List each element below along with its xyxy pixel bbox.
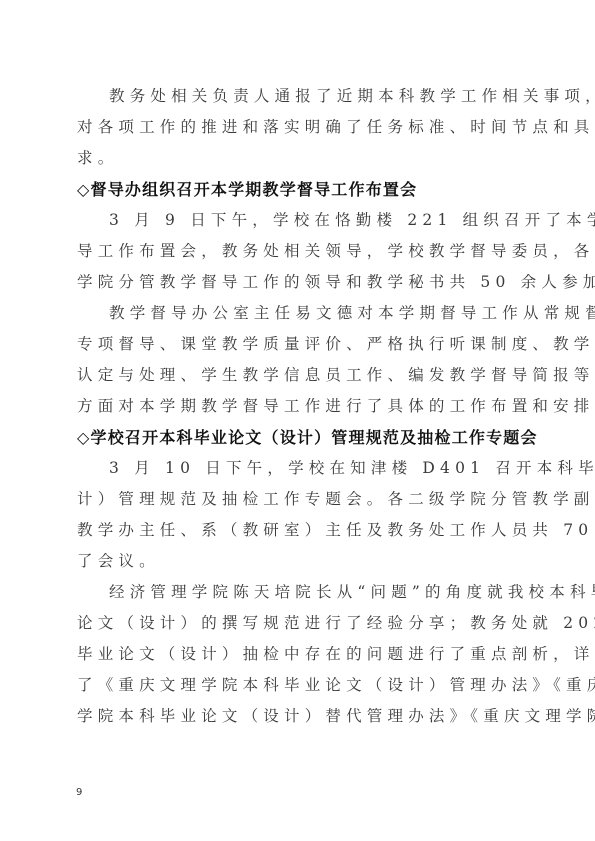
paragraph-line: 学院本科毕业论文（设计）替代管理办法》《重庆文理学院本科 <box>77 701 519 732</box>
paragraph-line: 教务处相关负责人通报了近期本科教学工作相关事项，并 <box>77 81 519 112</box>
paragraph-line: 对各项工作的推进和落实明确了任务标准、时间节点和具体要 <box>77 112 519 143</box>
paragraph-line: 认定与处理、学生教学信息员工作、编发教学督导简报等几个 <box>77 360 519 391</box>
paragraph-staff-briefing: 教务处相关负责人通报了近期本科教学工作相关事项，并 对各项工作的推进和落实明确了… <box>77 81 519 174</box>
paragraph-line: 了《重庆文理学院本科毕业论文（设计）管理办法》《重庆文理 <box>77 670 519 701</box>
paragraph-thesis-meeting-intro: 3 月 10 日下午，学校在知津楼 D401 召开本科毕业论文（设 计）管理规范… <box>77 453 519 577</box>
paragraph-line: 3 月 10 日下午，学校在知津楼 D401 召开本科毕业论文（设 <box>77 453 519 484</box>
paragraph-line: 计）管理规范及抽检工作专题会。各二级学院分管教学副院长、 <box>77 484 519 515</box>
paragraph-supervision-arrangements: 教学督导办公室主任易文德对本学期督导工作从常规督导、 专项督导、课堂教学质量评价… <box>77 298 519 422</box>
document-page: 教务处相关负责人通报了近期本科教学工作相关事项，并 对各项工作的推进和落实明确了… <box>0 0 595 841</box>
document-body: 教务处相关负责人通报了近期本科教学工作相关事项，并 对各项工作的推进和落实明确了… <box>77 81 519 732</box>
paragraph-line: 3 月 9 日下午，学校在恪勤楼 221 组织召开了本学期教学督 <box>77 205 519 236</box>
section-heading-thesis-meeting: ◇学校召开本科毕业论文（设计）管理规范及抽检工作专题会 <box>77 422 519 453</box>
paragraph-line: 教学督导办公室主任易文德对本学期督导工作从常规督导、 <box>77 298 519 329</box>
paragraph-line: 经济管理学院陈天培院长从“问题”的角度就我校本科毕业 <box>77 577 519 608</box>
paragraph-line: 导工作布置会，教务处相关领导，学校教学督导委员，各二级 <box>77 236 519 267</box>
paragraph-line: 专项督导、课堂教学质量评价、严格执行听课制度、教学事故 <box>77 329 519 360</box>
paragraph-line: 教学办主任、系（教研室）主任及教务处工作人员共 70 余人参加 <box>77 515 519 546</box>
paragraph-thesis-experience-sharing: 经济管理学院陈天培院长从“问题”的角度就我校本科毕业 论文（设计）的撰写规范进行… <box>77 577 519 732</box>
paragraph-line: 方面对本学期教学督导工作进行了具体的工作布置和安排。 <box>77 391 519 422</box>
section-heading-supervision-meeting: ◇督导办组织召开本学期教学督导工作布置会 <box>77 174 519 205</box>
paragraph-line: 毕业论文（设计）抽检中存在的问题进行了重点剖析，详细解读 <box>77 639 519 670</box>
page-number: 9 <box>76 787 82 798</box>
paragraph-line: 论文（设计）的撰写规范进行了经验分享；教务处就 2022 届本科 <box>77 608 519 639</box>
paragraph-line: 学院分管教学督导工作的领导和教学秘书共 50 余人参加了会议。 <box>77 267 519 298</box>
paragraph-line: 了会议。 <box>77 546 519 577</box>
paragraph-supervision-meeting-intro: 3 月 9 日下午，学校在恪勤楼 221 组织召开了本学期教学督 导工作布置会，… <box>77 205 519 298</box>
paragraph-line: 求。 <box>77 143 519 174</box>
